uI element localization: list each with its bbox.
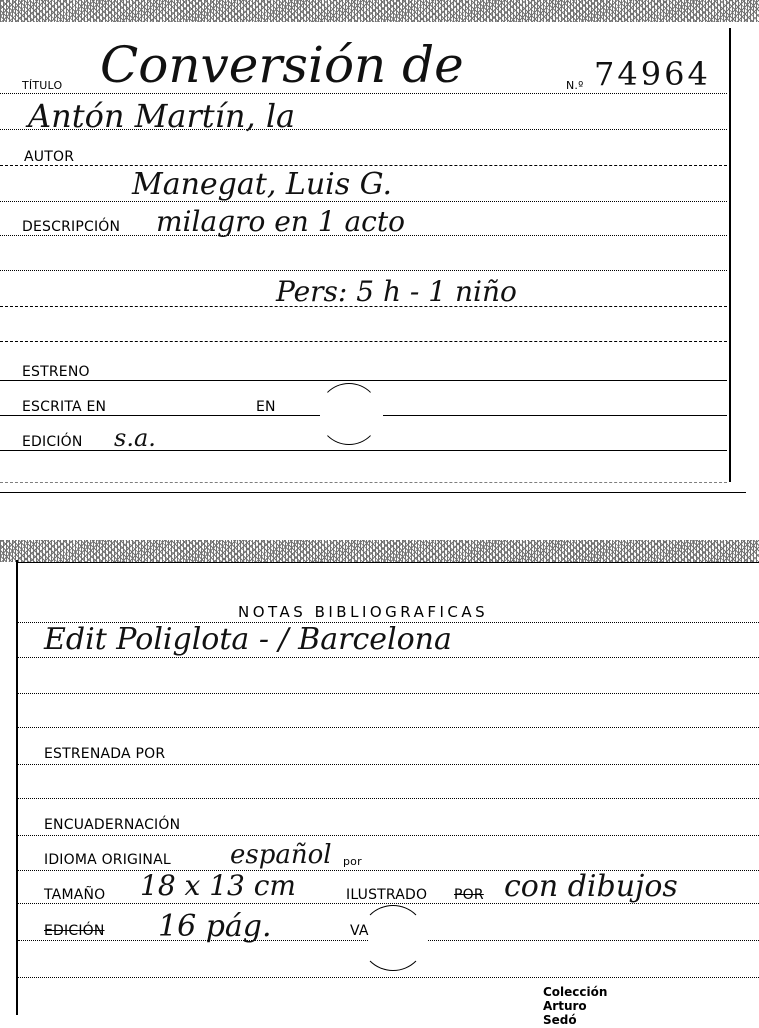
card-left-border bbox=[16, 560, 18, 1015]
descripcion-value: milagro en 1 acto bbox=[156, 208, 405, 236]
por-label: por bbox=[343, 856, 362, 867]
card-front-bottom-edge bbox=[0, 492, 746, 493]
edicion-label: EDICIÓN bbox=[22, 435, 83, 449]
ilustrado-label: ILUSTRADO bbox=[346, 888, 427, 902]
rule-edicion bbox=[0, 450, 727, 451]
rule-descripcion-2 bbox=[0, 270, 727, 271]
titulo-label: TÍTULO bbox=[22, 80, 62, 91]
ilustrado-value: con dibujos bbox=[504, 872, 678, 902]
edicion-value: s.a. bbox=[114, 426, 156, 450]
estreno-label: ESTRENO bbox=[22, 365, 90, 379]
rule-escrita-en bbox=[0, 415, 320, 416]
descripcion-label: DESCRIPCIÓN bbox=[22, 220, 120, 234]
notas-heading: NOTAS BIBLIOGRAFICAS bbox=[238, 605, 488, 620]
rule-notas-value bbox=[18, 657, 759, 658]
titulo-value: Conversión de bbox=[100, 40, 464, 90]
tamano-label: TAMAÑO bbox=[44, 888, 105, 902]
edicion-label-back: EDICIÓN bbox=[44, 924, 105, 938]
autor-value: Manegat, Luis G. bbox=[132, 170, 392, 200]
rule-bottom-fragment bbox=[0, 482, 727, 483]
scan-noise-top bbox=[0, 0, 759, 22]
escrita-en-label: ESCRITA EN bbox=[22, 400, 106, 414]
rule-bottom bbox=[18, 977, 759, 978]
rule-tamano bbox=[18, 903, 759, 904]
card-right-border bbox=[729, 28, 731, 482]
rule-encuadernacion bbox=[18, 835, 759, 836]
rule-autor bbox=[0, 165, 727, 166]
card-back-top-edge bbox=[16, 562, 759, 563]
titulo-value-continued: Antón Martín, la bbox=[28, 100, 295, 132]
tamano-value: 18 x 13 cm bbox=[140, 872, 296, 900]
rule-escrita-en-right bbox=[383, 415, 727, 416]
en-label: EN bbox=[256, 400, 276, 414]
rule-estreno bbox=[0, 380, 727, 381]
collection-footer: Colección Arturo Sedó bbox=[543, 985, 607, 1027]
rule-edicion-back-right bbox=[428, 940, 759, 941]
estrenada-por-label: ESTRENADA POR bbox=[44, 747, 165, 761]
autor-label: AUTOR bbox=[24, 150, 74, 164]
scan-noise-bottom bbox=[0, 540, 759, 562]
stamp-mark-back bbox=[360, 905, 426, 971]
rule-notas-2 bbox=[18, 693, 759, 694]
numero-label: N.º bbox=[566, 80, 584, 91]
idioma-value: español bbox=[230, 842, 332, 868]
encuadernacion-label: ENCUADERNACIÓN bbox=[44, 818, 180, 832]
numero-value: 74964 bbox=[594, 58, 711, 90]
rule-descripcion-4 bbox=[0, 341, 727, 342]
rule-edicion-back bbox=[18, 940, 368, 941]
rule-estrenada-por-2 bbox=[18, 798, 759, 799]
ilustrado-por-struck: POR bbox=[454, 888, 484, 902]
descripcion-note: Pers: 5 h - 1 niño bbox=[276, 278, 517, 306]
idioma-label: IDIOMA ORIGINAL bbox=[44, 853, 171, 867]
rule-notas-3 bbox=[18, 727, 759, 728]
stamp-mark bbox=[318, 383, 380, 445]
edicion-value-back: 16 pág. bbox=[158, 912, 272, 942]
notas-value: Edit Poliglota - / Barcelona bbox=[44, 625, 452, 655]
rule-estrenada-por bbox=[18, 764, 759, 765]
